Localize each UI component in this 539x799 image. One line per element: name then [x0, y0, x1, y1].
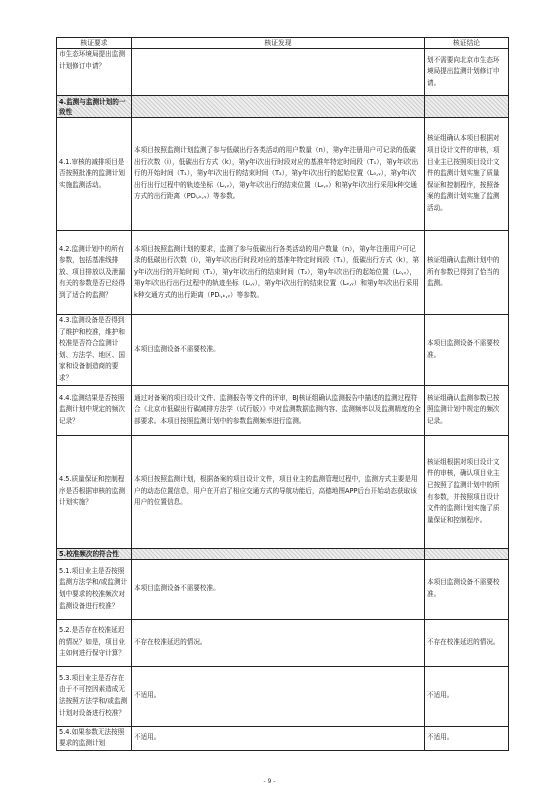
- requirement-cell: 5.1.项目业主是否按照监测方法学和/或监测计划中要求的校准频次对监测设备进行校…: [57, 559, 132, 619]
- requirement-cell: 4.4.监测结果是否按照监测计划中规定的频次记录？: [57, 385, 132, 435]
- conclusion-cell: 本项目监测设备不需要校准。: [425, 559, 509, 619]
- section-title: 5.校准频次的符合性: [57, 548, 132, 559]
- section-filler: [132, 96, 425, 118]
- finding-cell: 通过对备案的项目设计文件、监测报告等文件的评审，BJ核证组确认监测报告中描述的监…: [132, 385, 425, 435]
- finding-cell: 不存在校准延迟的情况。: [132, 619, 425, 666]
- conclusion-cell: 核证组确认监测参数已按照监测计划中规定的频次记录。: [425, 385, 509, 435]
- requirement-cell: 4.3.监测设备是否得到了维护和校准，维护和校准是否符合监测计划、方法学、地区、…: [57, 315, 132, 386]
- conclusion-cell: 核证组确认本项目根据对项目设计文件的审核，项目业主已按照项目设计文件的监测计划实…: [425, 118, 509, 231]
- table-row: 4.4.监测结果是否按照监测计划中规定的频次记录？ 通过对备案的项目设计文件、监…: [57, 385, 509, 435]
- finding-cell: 本项目监测设备不需要校准。: [132, 315, 425, 386]
- table-row: 4.2.监测计划中的所有参数，包括基准线排放、项目排放以及泄漏有关的参数是否已经…: [57, 231, 509, 315]
- requirement-cell: 4.2.监测计划中的所有参数，包括基准线排放、项目排放以及泄漏有关的参数是否已经…: [57, 231, 132, 315]
- finding-cell: 本项目按照监测计划，根据备案的项目设计文件，项目业主的监测管理过程中，监测方式主…: [132, 435, 425, 548]
- finding-cell: 不适用。: [132, 726, 425, 750]
- requirement-cell: 市生态环境局提出监测计划修订申请？: [57, 49, 132, 96]
- finding-cell: [132, 49, 425, 96]
- table-row: 市生态环境局提出监测计划修订申请？ 划不需要向北京市生态环境局提出监测计划修订申…: [57, 49, 509, 96]
- table-row: 4.3.监测设备是否得到了维护和校准，维护和校准是否符合监测计划、方法学、地区、…: [57, 315, 509, 386]
- verification-table: 核证要求 核证发现 核证结论 市生态环境局提出监测计划修订申请？ 划不需要向北京…: [56, 37, 509, 751]
- section-header-row: 5.校准频次的符合性: [57, 548, 509, 559]
- conclusion-cell: 核证组根据对项目设计文件的审核，确认项目业主已按照了监测计划中的所有参数，并按照…: [425, 435, 509, 548]
- page-number: - 9 -: [0, 778, 539, 785]
- table-row: 5.4.如果参数无法按照要求的监测计划 不适用。 不适用。: [57, 726, 509, 750]
- section-title: 4.监测与监测计划的一致性: [57, 96, 132, 118]
- conclusion-cell: 本项目监测设备不需要校准。: [425, 315, 509, 386]
- finding-cell: 本项目按照监测计划的要求，监测了参与低碳出行各类活动的用户数量（n），第y年注册…: [132, 231, 425, 315]
- section-filler: [425, 96, 509, 118]
- table-row: 5.1.项目业主是否按照监测方法学和/或监测计划中要求的校准频次对监测设备进行校…: [57, 559, 509, 619]
- finding-cell: 本项目监测设备不需要校准。: [132, 559, 425, 619]
- header-finding: 核证发现: [132, 38, 425, 49]
- table-row: 5.2.是否存在校准延迟的情况？如是，项目业主如何进行保守计算？ 不存在校准延迟…: [57, 619, 509, 666]
- conclusion-cell: 不存在校准延迟的情况。: [425, 619, 509, 666]
- requirement-cell: 4.1.审核的减排项目是否按照批准的监测计划实施监测活动。: [57, 118, 132, 231]
- section-header-row: 4.监测与监测计划的一致性: [57, 96, 509, 118]
- finding-cell: 不适用。: [132, 666, 425, 726]
- conclusion-cell: 核证组确认监测计划中的所有参数已得到了恰当的监测。: [425, 231, 509, 315]
- table-header-row: 核证要求 核证发现 核证结论: [57, 38, 509, 49]
- requirement-cell: 4.5.质量保证和控制程序是否根据审核的监测计划实施？: [57, 435, 132, 548]
- table-row: 5.3.项目业主是否存在由于不可控因素造成无法按照方法学和/或监测计划对设备进行…: [57, 666, 509, 726]
- section-filler: [132, 548, 425, 559]
- requirement-cell: 5.4.如果参数无法按照要求的监测计划: [57, 726, 132, 750]
- table-row: 4.1.审核的减排项目是否按照批准的监测计划实施监测活动。 本项目按照监测计划监…: [57, 118, 509, 231]
- requirement-cell: 5.3.项目业主是否存在由于不可控因素造成无法按照方法学和/或监测计划对设备进行…: [57, 666, 132, 726]
- finding-cell: 本项目按照监测计划监测了参与低碳出行各类活动的用户数量（n），第y年注册用户可记…: [132, 118, 425, 231]
- conclusion-cell: 不适用。: [425, 666, 509, 726]
- table-row: 4.5.质量保证和控制程序是否根据审核的监测计划实施？ 本项目按照监测计划，根据…: [57, 435, 509, 548]
- document-page: 核证要求 核证发现 核证结论 市生态环境局提出监测计划修订申请？ 划不需要向北京…: [0, 0, 539, 799]
- conclusion-cell: 划不需要向北京市生态环境局提出监测计划修订申请。: [425, 49, 509, 96]
- section-filler: [425, 548, 509, 559]
- header-requirement: 核证要求: [57, 38, 132, 49]
- requirement-cell: 5.2.是否存在校准延迟的情况？如是，项目业主如何进行保守计算？: [57, 619, 132, 666]
- header-conclusion: 核证结论: [425, 38, 509, 49]
- conclusion-cell: 不适用。: [425, 726, 509, 750]
